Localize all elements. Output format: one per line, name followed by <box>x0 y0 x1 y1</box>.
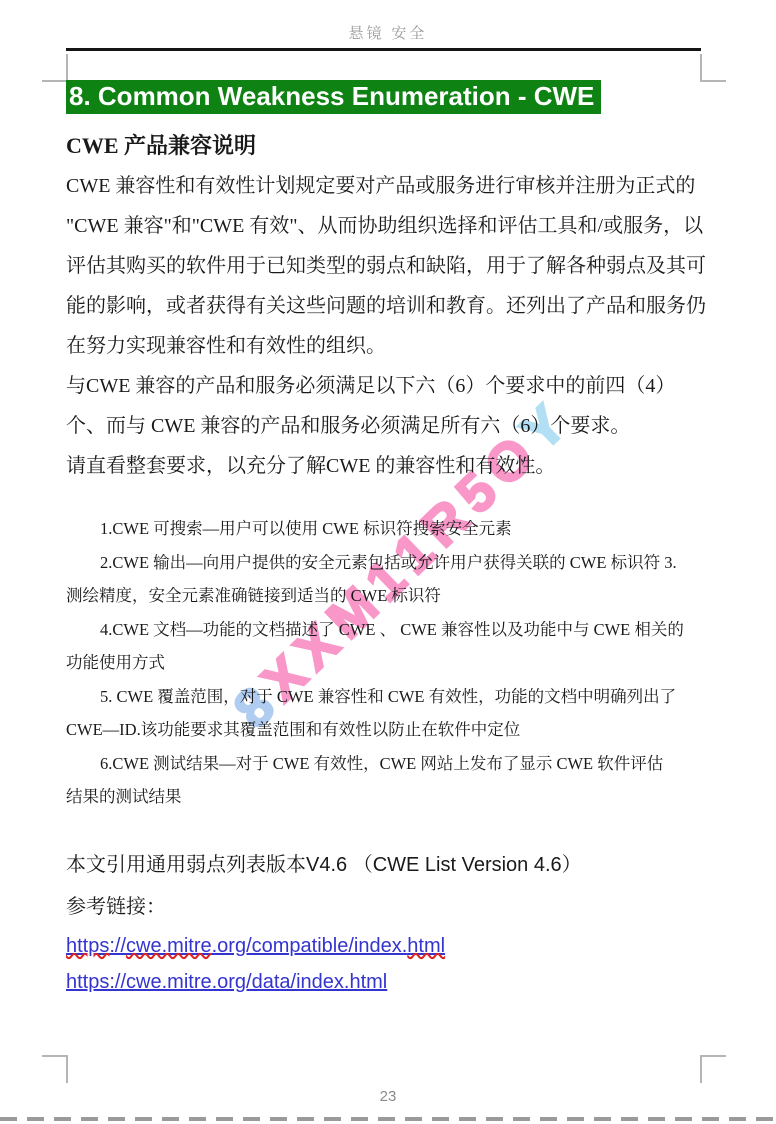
requirement-line-2: 2.CWE 输出—向用户提供的安全元素包括或允许用户获得关联的 CWE 标识符 … <box>66 546 710 580</box>
requirement-line-3: 测绘精度，安全元素准确链接到适当的 CWE 标识符 <box>66 579 710 613</box>
requirement-line-7: CWE—ID.该功能要求其覆盖范围和有效性以防止在软件中定位 <box>66 713 710 747</box>
requirement-line-1: 1.CWE 可搜索—用户可以使用 CWE 标识符搜索安全元素 <box>66 512 710 546</box>
para1-line-4: 能的影响，或者获得有关这些问题的培训和教育。还列出了产品和服务仍 <box>66 286 710 326</box>
requirement-line-5: 功能使用方式 <box>66 646 710 680</box>
requirements-list: 1.CWE 可搜索—用户可以使用 CWE 标识符搜索安全元素2.CWE 输出—向… <box>66 512 710 814</box>
link-cwe-data[interactable]: https://cwe.mitre.org/data/index.html <box>66 971 387 993</box>
document-body: 8. Common Weakness Enumeration - CWE CWE… <box>66 80 710 1000</box>
link-text-misspelled-segment: cwe.mitre <box>126 935 212 957</box>
requirement-line-4: 4.CWE 文档—功能的文档描述了 CWE 、 CWE 兼容性以及功能中与 CW… <box>66 613 710 647</box>
requirement-line-6: 5. CWE 覆盖范围，对于 CWE 兼容性和 CWE 有效性，功能的文档中明确… <box>66 680 710 714</box>
requirement-line-9: 结果的测试结果 <box>66 780 710 814</box>
link-text-segment: https://cwe.mitre.org/data/index.html <box>66 971 387 993</box>
header-rule <box>66 48 701 51</box>
link-text-segment: :// <box>109 935 126 957</box>
para1-line-5: 在努力实现兼容性和有效性的组织。 <box>66 326 710 366</box>
version-reference-line: 本文引用通用弱点列表版本V4.6 （CWE List Version 4.6） <box>66 844 710 886</box>
chapter-title: 8. Common Weakness Enumeration - CWE <box>66 80 601 114</box>
para2-line-3: 请直看整套要求，以充分了解CWE 的兼容性和有效性。 <box>66 446 710 486</box>
link-text-segment: .org/compatible/index. <box>212 935 408 957</box>
link-text-misspelled-segment: html <box>407 935 445 957</box>
section-heading: CWE 产品兼容说明 <box>66 132 710 160</box>
paragraph-requirements: 与CWE 兼容的产品和服务必须满足以下六（6）个要求中的前四（4）个、而与 CW… <box>66 366 710 486</box>
margin-corner-top-left <box>42 54 68 82</box>
link-cwe-compatible[interactable]: https://cwe.mitre.org/compatible/index.h… <box>66 935 445 957</box>
para2-line-2: 个、而与 CWE 兼容的产品和服务必须满足所有六（6）个要求。 <box>66 406 710 446</box>
page-number: 23 <box>0 1088 776 1105</box>
reference-links-label: 参考链接： <box>66 886 710 928</box>
link-text-misspelled-segment: https <box>66 935 109 957</box>
paragraph-compatibility-intro: CWE 兼容性和有效性计划规定要对产品或服务进行审核并注册为正式的"CWE 兼容… <box>66 166 710 366</box>
margin-corner-bottom-right <box>700 1055 726 1083</box>
para2-line-1: 与CWE 兼容的产品和服务必须满足以下六（6）个要求中的前四（4） <box>66 366 710 406</box>
para1-line-2: "CWE 兼容"和"CWE 有效"、从而协助组织选择和评估工具和/或服务，以 <box>66 206 710 246</box>
page-bottom-dashed-separator <box>0 1117 776 1121</box>
reference-links: https://cwe.mitre.org/compatible/index.h… <box>66 928 710 1000</box>
margin-corner-top-right <box>700 54 726 82</box>
references-block: 本文引用通用弱点列表版本V4.6 （CWE List Version 4.6） … <box>66 844 710 1000</box>
para1-line-3: 评估其购买的软件用于已知类型的弱点和缺陷，用于了解各种弱点及其可 <box>66 246 710 286</box>
para1-line-1: CWE 兼容性和有效性计划规定要对产品或服务进行审核并注册为正式的 <box>66 166 710 206</box>
requirement-line-8: 6.CWE 测试结果—对于 CWE 有效性，CWE 网站上发布了显示 CWE 软… <box>66 747 710 781</box>
page-header-title: 悬镜 安全 <box>0 22 776 43</box>
margin-corner-bottom-left <box>42 1055 68 1083</box>
